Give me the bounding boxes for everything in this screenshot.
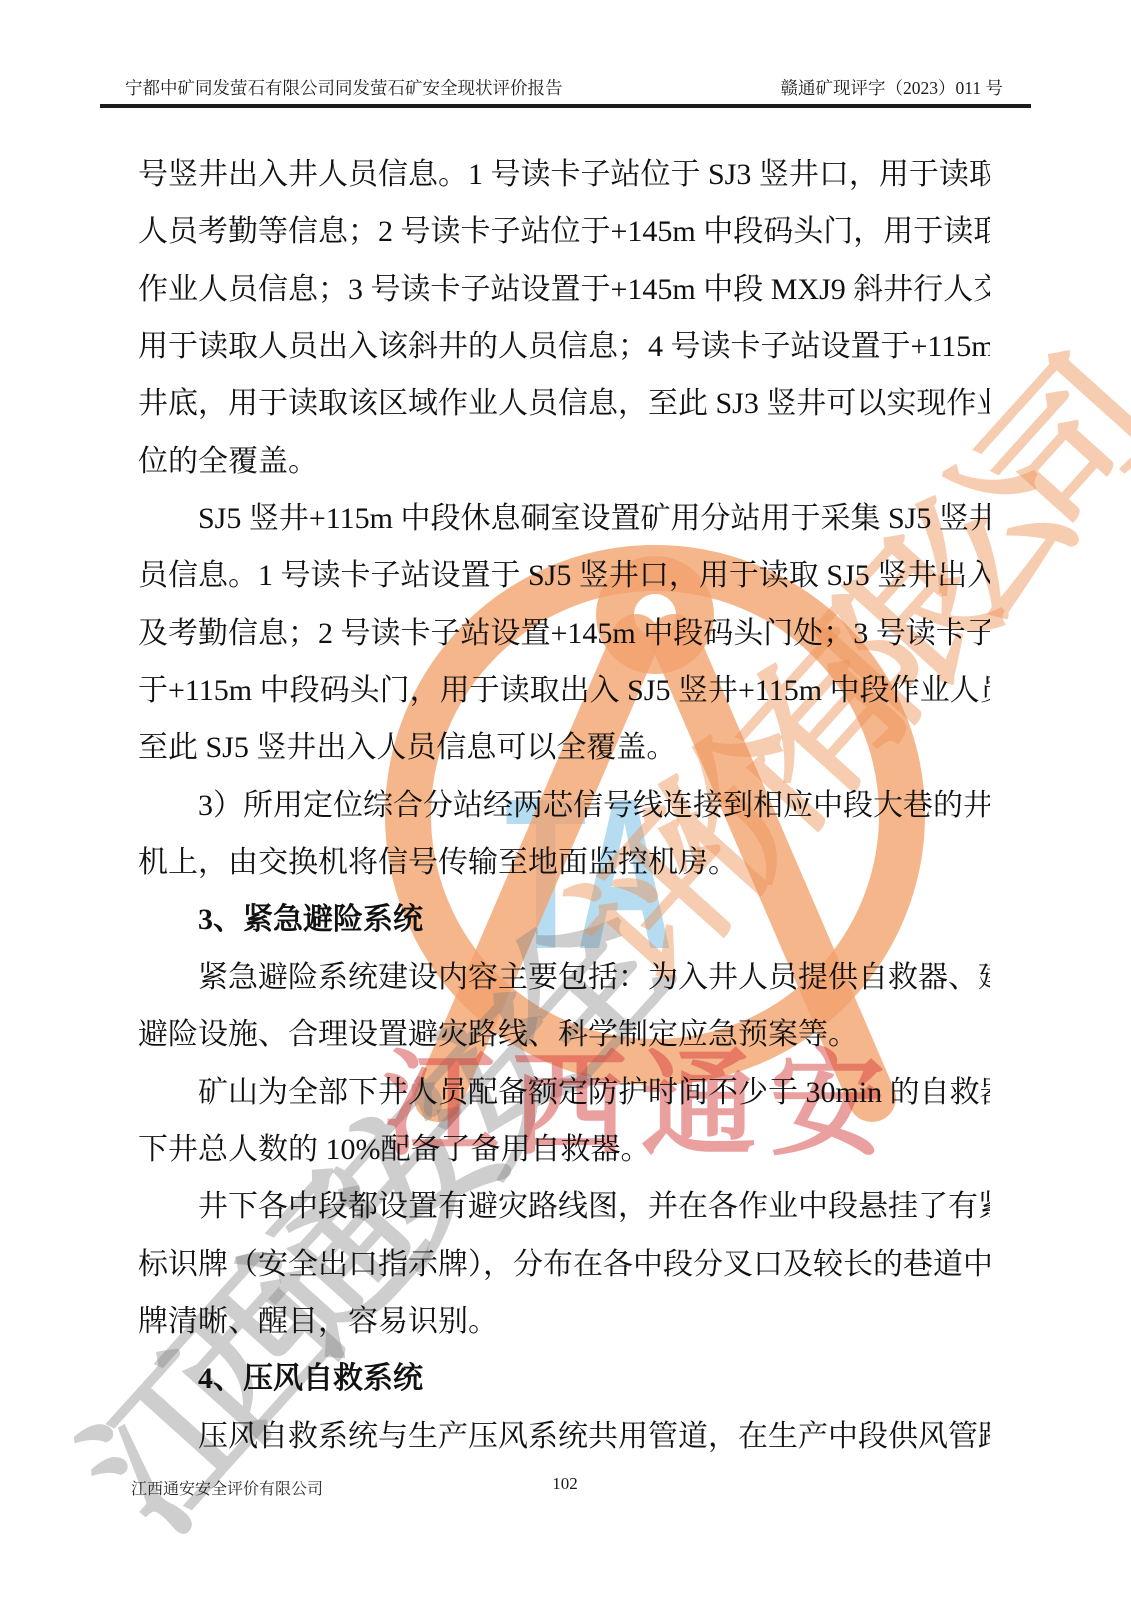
header-document-number: 赣通矿现评字（2023）011 号	[781, 75, 1003, 100]
section-heading: 4、压风自救系统	[138, 1350, 990, 1407]
footer-company: 江西通安安全评价有限公司	[131, 1476, 323, 1499]
header-rule	[100, 104, 1031, 108]
text-line: 避险设施、合理设置避灾路线、科学制定应急预案等。	[138, 1006, 990, 1063]
text-line: 机上，由交换机将信号传输至地面监控机房。	[138, 834, 990, 891]
text-line: 位的全覆盖。	[138, 433, 990, 490]
text-line: 号竖井出入井人员信息。1 号读卡子站位于 SJ3 竖井口，用于读取出入井	[138, 146, 990, 203]
text-line: 井底，用于读取该区域作业人员信息，至此 SJ3 竖井可以实现作业人员定	[138, 375, 990, 432]
text-line: 作业人员信息；3 号读卡子站设置于+145m 中段 MXJ9 斜井行人交叉路口，	[138, 261, 990, 318]
text-line: 压风自救系统与生产压风系统共用管道，在生产中段供风管路上适当	[138, 1408, 990, 1465]
text-line: 矿山为全部下井人员配备额定防护时间不少于 30min 的自救器，并按	[138, 1064, 990, 1121]
text-line: 井下各中段都设置有避灾路线图，并在各作业中段悬挂了有紧急避险	[138, 1178, 990, 1235]
text-line: 人员考勤等信息；2 号读卡子站位于+145m 中段码头门，用于读取+145m	[138, 203, 990, 260]
section-heading: 3、紧急避险系统	[138, 891, 990, 948]
text-line: 员信息。1 号读卡子站设置于 SJ5 竖井口，用于读取 SJ5 竖井出入井人员	[138, 547, 990, 604]
footer-page-number: 102	[552, 1474, 578, 1494]
header-report-title: 宁都中矿同发萤石有限公司同发萤石矿安全现状评价报告	[125, 75, 563, 100]
text-line: 及考勤信息；2 号读卡子站设置+145m 中段码头门处；3 号读卡子站设置	[138, 605, 990, 662]
text-line: SJ5 竖井+115m 中段休息硐室设置矿用分站用于采集 SJ5 竖井出入人	[138, 490, 990, 547]
text-line: 下井总人数的 10%配备了备用自救器。	[138, 1121, 990, 1178]
text-line: 紧急避险系统建设内容主要包括：为入井人员提供自救器、建设紧急	[138, 949, 990, 1006]
text-line: 至此 SJ5 竖井出入人员信息可以全覆盖。	[138, 719, 990, 776]
text-line: 用于读取人员出入该斜井的人员信息；4 号读卡子站设置于+115m 中段斜	[138, 318, 990, 375]
text-line: 标识牌（安全出口指示牌），分布在各中段分叉口及较长的巷道中，标识	[138, 1236, 990, 1293]
page-header: 宁都中矿同发萤石有限公司同发萤石矿安全现状评价报告 赣通矿现评字（2023）01…	[125, 75, 1003, 100]
text-line: 于+115m 中段码头门，用于读取出入 SJ5 竖井+115m 中段作业人员信息…	[138, 662, 990, 719]
document-page: 宁都中矿同发萤石有限公司同发萤石矿安全现状评价报告 赣通矿现评字（2023）01…	[0, 0, 1131, 1600]
document-body: 号竖井出入井人员信息。1 号读卡子站位于 SJ3 竖井口，用于读取出入井人员考勤…	[138, 146, 990, 1465]
text-line: 牌清晰、醒目，容易识别。	[138, 1293, 990, 1350]
text-line: 3）所用定位综合分站经两芯信号线连接到相应中段大巷的井下交换	[138, 777, 990, 834]
